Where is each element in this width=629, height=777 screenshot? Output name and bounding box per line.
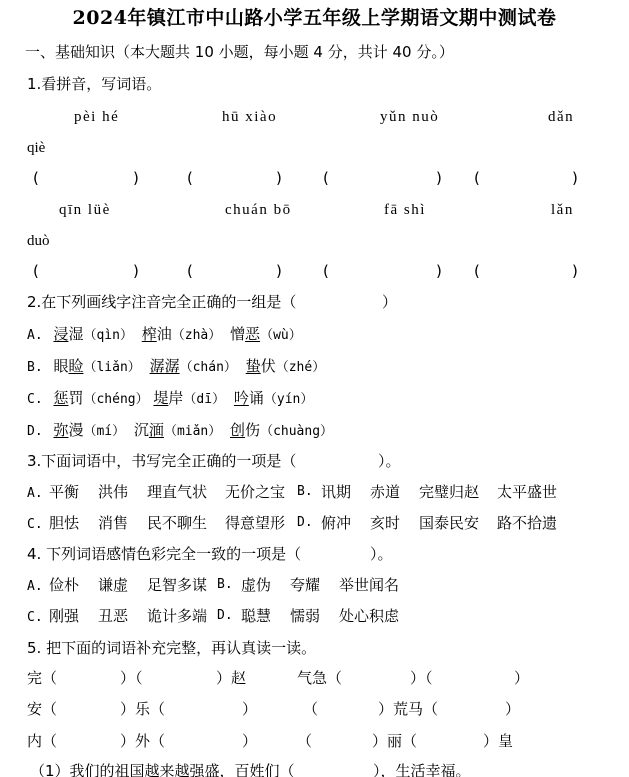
answer-blank-open-1: (: [33, 168, 39, 188]
idiom-3-part-3: ）: [242, 699, 257, 719]
word-rest: 诵: [249, 389, 264, 407]
answer-blank-2[interactable]: [199, 168, 274, 188]
option-letter-c[interactable]: C.: [27, 610, 43, 625]
option-letter: B.: [27, 360, 43, 375]
question-4-answer-blank[interactable]: [322, 544, 370, 564]
answer-blank-close-4: ): [572, 168, 578, 188]
sentence-1-after: ），生活幸福。: [373, 761, 471, 777]
idiom-4-part-2: ）荒马（: [378, 699, 438, 719]
option-letter: C.: [27, 392, 43, 407]
option-letter-b[interactable]: B.: [297, 482, 313, 502]
underlined-char: 恶: [245, 325, 260, 343]
idiom-6-part-3: ）皇: [483, 731, 513, 751]
answer-blank-open-4: (: [474, 168, 480, 188]
question-4-options-ab: A. 俭朴 谦虚 足智多谋 B. 虚伪 夸耀 举世闻名: [27, 575, 43, 595]
word-pre: 沉: [134, 421, 149, 439]
answer-blank-close-6: ): [276, 261, 282, 281]
option-c-word-1: 刚强: [49, 606, 79, 626]
question-4-prompt: 4. 下列词语感情色彩完全一致的一项是（: [27, 544, 301, 564]
pinyin-5: qīn lüè: [59, 200, 111, 220]
option-a-word-1: 俭朴: [49, 575, 79, 595]
question-3-close-paren: ）。: [378, 451, 401, 471]
word-rest: 伏: [261, 357, 276, 375]
option-c-word-2: 消售: [98, 513, 128, 533]
word-rest: 罚: [68, 389, 83, 407]
option-b-word-4: 太平盛世: [497, 482, 557, 502]
option-letter-d[interactable]: D.: [217, 606, 233, 626]
question-3-options-ab: A. 平衡 洪伟 理直气状 无价之宝 B. 讯期 赤道 完璧归赵 太平盛世: [27, 482, 43, 502]
idiom-1-part-1: 完（: [27, 668, 57, 688]
idiom-5-part-2: ）外（: [120, 731, 165, 751]
answer-blank-close-7: ): [436, 261, 442, 281]
pinyin-4: dǎn: [548, 107, 574, 127]
underlined-char: 创: [230, 421, 245, 439]
underlined-char: 弥: [53, 421, 68, 439]
option-c-word-1: 胆怯: [49, 513, 79, 533]
option-b-word-2: 赤道: [370, 482, 400, 502]
document-title: 2024年镇江市中山路小学五年级上学期语文期中测试卷: [0, 5, 629, 31]
idiom-4-part-1: （: [303, 699, 318, 719]
idiom-3-part-1: 安（: [27, 699, 57, 719]
answer-blank-1[interactable]: [45, 168, 133, 188]
question-5-prompt: 5. 把下面的词语补充完整，再认真读一读。: [27, 638, 316, 658]
question-1-prompt: 1.看拼音，写词语。: [27, 74, 161, 94]
answer-blank-6[interactable]: [199, 261, 274, 281]
sentence-1-answer-blank[interactable]: [312, 761, 372, 777]
option-letter-b[interactable]: B.: [217, 575, 233, 595]
option-c-word-2: 丑恶: [98, 606, 128, 626]
option-d-word-1: 俯冲: [321, 513, 351, 533]
underlined-char: 堤: [153, 389, 168, 407]
option-letter-c[interactable]: C.: [27, 517, 43, 532]
answer-blank-open-8: (: [474, 261, 480, 281]
question-2-option-c[interactable]: C. 惩罚（chéng） 堤岸（dī） 吟诵（yín）: [27, 388, 313, 408]
option-a-word-3: 理直气状: [147, 482, 207, 502]
underlined-char: 蛰: [246, 357, 261, 375]
option-a-word-2: 洪伟: [98, 482, 128, 502]
underlined-char: 榨: [142, 325, 157, 343]
pinyin-annotation: （miǎn）: [164, 424, 221, 439]
answer-blank-8[interactable]: [486, 261, 570, 281]
question-2-option-b[interactable]: B. 眼睑（liǎn） 潺潺（chán） 蛰伏（zhé）: [27, 356, 325, 376]
option-letter: A.: [27, 328, 43, 343]
pinyin-annotation: （qìn）: [83, 328, 132, 343]
option-letter-a[interactable]: A.: [27, 579, 43, 594]
word-rest: 伤: [245, 421, 260, 439]
option-b-word-3: 举世闻名: [339, 575, 399, 595]
idiom-6-part-1: （: [297, 731, 312, 751]
pinyin-annotation: （dī）: [183, 392, 225, 407]
option-letter-a[interactable]: A.: [27, 486, 43, 501]
underlined-char: 湎: [149, 421, 164, 439]
answer-blank-close-1: ): [133, 168, 139, 188]
answer-blank-close-2: ): [276, 168, 282, 188]
answer-blank-close-3: ): [436, 168, 442, 188]
underlined-char: 睑: [68, 357, 83, 375]
idiom-5-part-3: ）: [242, 731, 257, 751]
idiom-1-part-3: ）赵: [216, 668, 246, 688]
underlined-char: 惩: [53, 389, 68, 407]
idiom-2-part-2: ）（: [410, 668, 433, 688]
question-4-close-paren: ）。: [370, 544, 393, 564]
pinyin-annotation: （wù）: [260, 328, 302, 343]
pinyin-3: yǔn nuò: [380, 107, 439, 127]
option-d-word-1: 聪慧: [241, 606, 271, 626]
question-2-prompt: 2.在下列画线字注音完全正确的一组是（: [27, 292, 296, 312]
underlined-char: 吟: [234, 389, 249, 407]
option-d-word-4: 路不拾遗: [497, 513, 557, 533]
pinyin-annotation: （mí）: [83, 424, 125, 439]
option-d-word-3: 处心积虑: [339, 606, 399, 626]
option-a-word-4: 无价之宝: [225, 482, 285, 502]
answer-blank-open-6: (: [187, 261, 193, 281]
pinyin-annotation: （zhà）: [172, 328, 221, 343]
section-heading: 一、基础知识（本大题共 10 小题，每小题 4 分，共计 40 分。）: [25, 42, 454, 62]
underlined-char: 浸: [53, 325, 68, 343]
option-a-word-3: 足智多谋: [147, 575, 207, 595]
answer-blank-7[interactable]: [335, 261, 435, 281]
option-letter: D.: [27, 424, 43, 439]
question-4-options-cd: C. 刚强 丑恶 诡计多端 D. 聪慧 懦弱 处心积虑: [27, 606, 43, 626]
pinyin-annotation: （chán）: [180, 360, 237, 375]
idiom-4-part-3: ）: [505, 699, 520, 719]
question-3-prompt: 3.下面词语中，书写完全正确的一项是（: [27, 451, 296, 471]
option-c-word-4: 得意望形: [225, 513, 285, 533]
question-2-close-paren: ）: [382, 292, 397, 312]
sentence-1-before: （1）我们的祖国越来越强盛，百姓们（: [30, 761, 295, 777]
idiom-5-part-1: 内（: [27, 731, 57, 751]
option-c-word-3: 民不聊生: [147, 513, 207, 533]
pinyin-7: fā shì: [384, 200, 426, 220]
question-3-answer-blank[interactable]: [308, 451, 378, 471]
question-2-option-a[interactable]: A. 浸湿（qìn） 榨油（zhà） 憎恶（wù）: [27, 324, 302, 344]
pinyin-annotation: （chéng）: [83, 392, 148, 407]
word-pre: 憎: [230, 325, 245, 343]
option-b-word-2: 夸耀: [290, 575, 320, 595]
option-b-word-1: 讯期: [321, 482, 351, 502]
word-pre: 眼: [53, 357, 68, 375]
pinyin-2: hū xiào: [222, 107, 277, 127]
pinyin-4-wrap: qiè: [27, 138, 45, 158]
word-rest: 潺: [165, 357, 180, 375]
option-a-word-1: 平衡: [49, 482, 79, 502]
word-rest: 漫: [68, 421, 83, 439]
pinyin-6: chuán bō: [225, 200, 292, 220]
answer-blank-open-5: (: [33, 261, 39, 281]
answer-blank-3[interactable]: [335, 168, 435, 188]
question-2-text: 2.在下列画线字注音完全正确的一组是（: [27, 293, 296, 311]
option-d-word-2: 懦弱: [290, 606, 320, 626]
word-rest: 油: [157, 325, 172, 343]
answer-blank-open-3: (: [323, 168, 329, 188]
option-d-word-3: 国泰民安: [419, 513, 479, 533]
idiom-6-part-2: ）丽（: [372, 731, 417, 751]
option-letter-d[interactable]: D.: [297, 513, 313, 533]
idiom-3-part-2: ）乐（: [120, 699, 165, 719]
option-c-word-3: 诡计多端: [147, 606, 207, 626]
answer-blank-open-7: (: [323, 261, 329, 281]
option-d-word-2: 亥时: [370, 513, 400, 533]
question-2-option-d[interactable]: D. 弥漫（mí） 沉湎（miǎn） 创伤（chuàng）: [27, 420, 333, 440]
question-3-options-cd: C. 胆怯 消售 民不聊生 得意望形 D. 俯冲 亥时 国泰民安 路不拾遗: [27, 513, 43, 533]
answer-blank-5[interactable]: [45, 261, 133, 281]
pinyin-annotation: （zhé）: [276, 360, 325, 375]
answer-blank-4[interactable]: [486, 168, 570, 188]
word-rest: 岸: [168, 389, 183, 407]
answer-blank-open-2: (: [187, 168, 193, 188]
answer-blank-close-8: ): [572, 261, 578, 281]
answer-blank-close-5: ): [133, 261, 139, 281]
option-b-word-3: 完璧归赵: [419, 482, 479, 502]
idiom-2-part-3: ）: [514, 668, 529, 688]
option-a-word-2: 谦虚: [98, 575, 128, 595]
pinyin-8: lǎn: [551, 200, 574, 220]
pinyin-annotation: （yín）: [264, 392, 313, 407]
question-2-answer-blank[interactable]: [306, 292, 384, 312]
underlined-char: 潺: [150, 357, 165, 375]
idiom-2-part-1: 气急（: [297, 668, 342, 688]
pinyin-annotation: （chuàng）: [260, 424, 333, 439]
pinyin-annotation: （liǎn）: [83, 360, 140, 375]
word-rest: 湿: [68, 325, 83, 343]
pinyin-1: pèi hé: [74, 107, 119, 127]
pinyin-8-wrap: duò: [27, 231, 50, 251]
idiom-1-part-2: ）（: [120, 668, 143, 688]
option-b-word-1: 虚伪: [241, 575, 271, 595]
